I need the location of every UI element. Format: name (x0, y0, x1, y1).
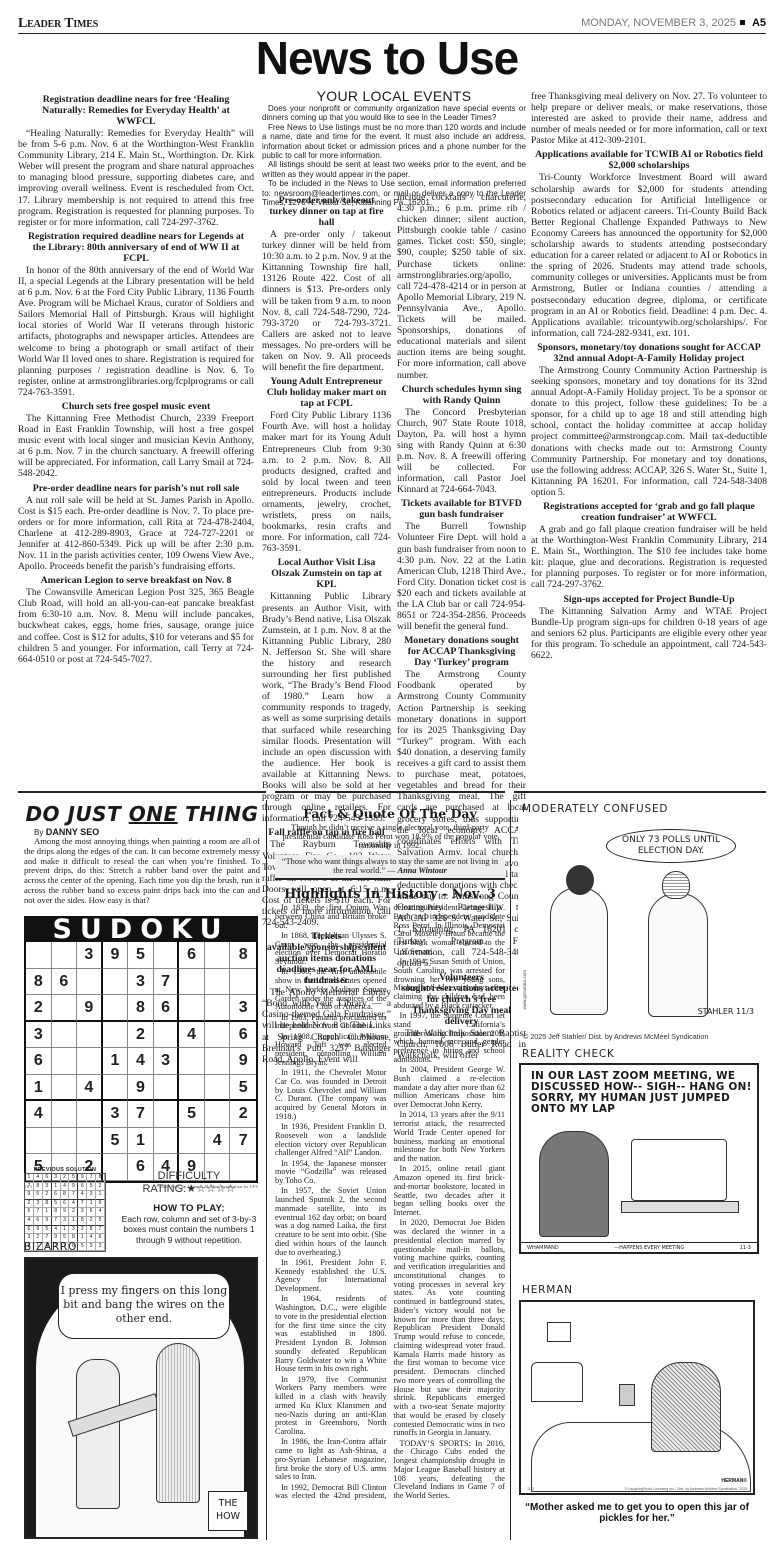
sudoku-cell[interactable] (52, 942, 78, 969)
website-credit: www.gocomics.com (522, 970, 527, 1010)
comic-caption: IN OUR LAST ZOOM MEETING, WE DISCUSSED H… (531, 1071, 757, 1115)
article-headline: Monetary donations sought for ACCAP Than… (401, 635, 522, 668)
solution-cell: 1 (25, 1174, 34, 1183)
sudoku-cell[interactable] (205, 1075, 231, 1102)
sudoku-cell[interactable] (103, 1075, 129, 1102)
article-body: The Burrell Township Volunteer Fire Dept… (397, 521, 526, 632)
woman-figure (648, 893, 708, 1017)
sudoku-cell[interactable] (77, 1128, 103, 1155)
solution-cell: 8 (61, 1191, 70, 1200)
sudoku-cell[interactable] (52, 995, 78, 1022)
sudoku-banner: SUDOKU (24, 916, 258, 942)
sudoku-puzzle: SUDOKU 395688637298633246614391495437525… (24, 916, 258, 1189)
sudoku-cell[interactable]: 2 (26, 995, 52, 1022)
how-to-play-text: Each row, column and set of 3-by-3 boxes… (116, 1214, 262, 1245)
solution-cell: 7 (87, 1174, 96, 1183)
solution-cell: 4 (78, 1191, 87, 1200)
sudoku-cell[interactable]: 3 (128, 969, 154, 996)
history-item: In 1903, Panama proclaimed its independe… (275, 1014, 387, 1032)
history-item: In 1997, the Supreme Court let stand Cal… (394, 1012, 506, 1065)
sudoku-cell[interactable]: 9 (128, 1075, 154, 1102)
column-1: Registration deadline nears for free ‘He… (18, 91, 254, 665)
article-headline: Sponsors, monetary/toy donations sought … (535, 342, 763, 364)
reality-check-comic: IN OUR LAST ZOOM MEETING, WE DISCUSSED H… (519, 1063, 759, 1254)
article-headline: Registration required deadline nears for… (22, 231, 250, 264)
article-headline: Pre-order only/takeout turkey dinner on … (266, 195, 387, 228)
article-body: Ford City Public Library 1136 Fourth Ave… (262, 410, 391, 554)
solution-cell: 2 (78, 1226, 87, 1235)
article-body: A pre-order only / takeout turkey dinner… (262, 229, 391, 373)
local-events-paragraph: All listings should be sent at least two… (262, 160, 526, 179)
solution-cell: 5 (78, 1243, 87, 1252)
solution-cell: 9 (43, 1217, 52, 1226)
sudoku-cell[interactable]: 6 (154, 995, 180, 1022)
sudoku-cell[interactable]: 8 (128, 995, 154, 1022)
article-body: The Kittanning Salvation Army and WTAE P… (531, 606, 767, 661)
sudoku-cell[interactable] (52, 1128, 78, 1155)
solution-cell: 6 (61, 1200, 70, 1209)
solution-cell: 3 (34, 1200, 43, 1209)
sudoku-cell[interactable] (52, 1022, 78, 1049)
sudoku-cell[interactable]: 5 (179, 1101, 205, 1128)
fact-and-quote: Fact & Quote Of The Day Though he didn’t… (275, 806, 505, 878)
local-events-paragraph: Does your nonprofit or community organiz… (262, 104, 526, 123)
solution-cell: 2 (69, 1208, 78, 1217)
solution-cell: 2 (61, 1174, 70, 1183)
herman-title: HERMAN (522, 1284, 573, 1296)
article-body: The Armstrong County Community Action Pa… (531, 365, 767, 498)
history-item: In 2015, online retail giant Amazon open… (394, 1165, 506, 1218)
sudoku-cell[interactable] (205, 1022, 231, 1049)
history-item: In 2004, President George W. Bush claime… (394, 1066, 506, 1110)
history-item: In 1994, Susan Smith of Union, South Car… (394, 958, 506, 1011)
solution-cell: 6 (78, 1183, 87, 1192)
solution-cell: 2 (43, 1191, 52, 1200)
column-divider (266, 800, 267, 1540)
reality-check-title: REALITY CHECK (522, 1048, 615, 1060)
solution-cell: 3 (87, 1191, 96, 1200)
solution-cell: 3 (52, 1174, 61, 1183)
article-headline: Church sets free gospel music event (22, 401, 250, 412)
solution-cell: 9 (34, 1226, 43, 1235)
history-item: In 1979, five Communist Workers Party me… (275, 1376, 387, 1437)
solution-cell: 7 (69, 1191, 78, 1200)
difficulty-rating: DIFFICULTY RATING:★☆☆☆☆ (116, 1170, 262, 1195)
fact-text: Though he didn’t receive a single electo… (275, 821, 505, 851)
sudoku-cell[interactable] (205, 1048, 231, 1075)
sudoku-cell[interactable]: 8 (26, 969, 52, 996)
history-item: TODAY’S SPORTS: In 2016, the Chicago Cub… (394, 1440, 506, 1501)
sudoku-cell[interactable]: 2 (128, 1022, 154, 1049)
sudoku-cell[interactable]: 4 (26, 1101, 52, 1128)
solution-cell: 4 (52, 1226, 61, 1235)
history-item: In 1900, the first automobile show in th… (275, 968, 387, 1012)
sudoku-cell[interactable] (77, 1022, 103, 1049)
column-divider (510, 800, 511, 1540)
solution-cell: 1 (52, 1183, 61, 1192)
sudoku-cell[interactable] (103, 995, 129, 1022)
guitarist-figure (76, 1359, 120, 1509)
solution-cell: 1 (96, 1191, 105, 1200)
article-body: The Kittanning Free Methodist Church, 23… (18, 413, 254, 480)
sudoku-cell[interactable]: 8 (230, 942, 256, 969)
sudoku-cell[interactable] (52, 1048, 78, 1075)
sudoku-cell[interactable] (154, 1075, 180, 1102)
divider (514, 791, 766, 793)
article-body: free Thanksgiving meal delivery on Nov. … (531, 91, 767, 146)
divider (18, 791, 266, 793)
history-item: In 1908, Republican William Howard Taft … (275, 1033, 387, 1068)
article-headline: Applications available for TCWIB AI or R… (535, 149, 763, 171)
article-headline: Young Adult Entrepreneur Club holiday ma… (266, 376, 387, 409)
article-body: A nut roll sale will be held at St. Jame… (18, 495, 254, 573)
solution-cell: 9 (78, 1174, 87, 1183)
speech-bubble: I press my fingers on this long bit and … (58, 1273, 230, 1339)
fact-quote-title: Fact & Quote Of The Day (275, 806, 505, 821)
sudoku-cell[interactable]: 7 (230, 1128, 256, 1155)
history-item: In 1868, Republican Ulysses S. Grant won… (275, 932, 387, 967)
solution-cell: 2 (87, 1217, 96, 1226)
history-item: In 1954, the Japanese monster movie “God… (275, 1160, 387, 1186)
local-events-heading: YOUR LOCAL EVENTS (262, 88, 526, 104)
laptop-base (621, 1201, 739, 1213)
solution-cell: 6 (43, 1174, 52, 1183)
sudoku-cell[interactable]: 6 (179, 942, 205, 969)
solution-cell: 2 (25, 1200, 34, 1209)
article-body: In honor of the 80th anniversary of the … (18, 265, 254, 398)
sudoku-cell[interactable]: 6 (230, 1022, 256, 1049)
article-headline: Pre-order deadline nears for parish’s nu… (22, 483, 250, 494)
sudoku-cell[interactable]: 4 (179, 1022, 205, 1049)
history-item: In 2020, Democrat Joe Biden was declared… (394, 1219, 506, 1438)
solution-cell: 3 (61, 1217, 70, 1226)
solution-cell: 4 (96, 1208, 105, 1217)
laptop-screen (631, 1139, 727, 1201)
star-rating-icon: ★☆☆☆☆ (186, 1183, 235, 1195)
sudoku-cell[interactable] (179, 995, 205, 1022)
local-events-paragraph: Free News to Use listings must be no mor… (262, 123, 526, 161)
wall-chart (547, 1322, 571, 1342)
solution-cell: 3 (43, 1183, 52, 1192)
history-item: In 1957, the Soviet Union launched Sputn… (275, 1187, 387, 1257)
solution-cell: 7 (78, 1200, 87, 1209)
article-headline: Sign-ups accepted for Project Bundle-Up (535, 594, 763, 605)
bed-headboard (531, 1362, 583, 1402)
moderately-confused-comic: ONLY 73 POLLS UNTIL ELECTION DAY. www.go… (518, 815, 768, 1020)
solution-cell: 8 (43, 1200, 52, 1209)
solution-cell: 1 (61, 1226, 70, 1235)
issue-date-page: MONDAY, NOVEMBER 3, 2025A5 (581, 17, 766, 29)
sudoku-cell[interactable]: 6 (52, 969, 78, 996)
sudoku-cell[interactable] (77, 1101, 103, 1128)
divider (275, 878, 505, 880)
bizarro-title: BIZARRO (24, 1241, 77, 1253)
solution-cell: 7 (34, 1208, 43, 1217)
sudoku-cell[interactable] (154, 942, 180, 969)
sudoku-cell[interactable] (52, 1101, 78, 1128)
sudoku-cell[interactable] (77, 969, 103, 996)
solution-cell: 8 (78, 1217, 87, 1226)
moderately-confused-credit: © 2025 Jeff Stahler/ Dist. by Andrews Mc… (523, 1032, 708, 1041)
sudoku-cell[interactable] (26, 1128, 52, 1155)
solution-cell: 9 (87, 1243, 96, 1252)
moderately-confused-title: MODERATELY CONFUSED (522, 803, 668, 815)
history-item: In 2014, 13 years after the 9/11 terrori… (394, 1111, 506, 1164)
djot-body: Among the most annoying things when pain… (24, 837, 260, 906)
article-body: include cocktails / charcuterie, 4:30 p.… (397, 192, 526, 381)
square-bullet-icon (740, 20, 745, 25)
solution-cell: 1 (87, 1200, 96, 1209)
issue-date: MONDAY, NOVEMBER 3, 2025 (581, 17, 736, 29)
previous-solution: PREVIOUS SOLUTION 1463259787831496529526… (24, 1167, 106, 1252)
history-items: In 1839, the first Opium War between Chi… (275, 904, 505, 1502)
solution-cell: 1 (78, 1234, 87, 1243)
herman-copyright: 11-3© LaughingStock Licensing Inc., Dist… (527, 1487, 747, 1491)
artist-signature: STAHLER 11/3 (698, 1007, 754, 1016)
solution-cell: 6 (87, 1208, 96, 1217)
sudoku-cell[interactable] (205, 995, 231, 1022)
solution-cell: 3 (78, 1208, 87, 1217)
solution-cell: 5 (87, 1183, 96, 1192)
sudoku-cell[interactable] (179, 1048, 205, 1075)
sudoku-cell[interactable]: 4 (77, 1075, 103, 1102)
article-headline: Tickets available for BTVFD gun bash fun… (401, 498, 522, 520)
sudoku-cell[interactable]: 3 (154, 1048, 180, 1075)
divider (275, 791, 505, 793)
how-to-play-title: HOW TO PLAY: (116, 1203, 262, 1214)
sudoku-cell[interactable]: 3 (26, 1022, 52, 1049)
herman-caption: “Mother asked me to get you to open this… (519, 1502, 755, 1524)
solution-cell: 6 (52, 1191, 61, 1200)
herman-tag: HERMAN® (721, 1478, 747, 1484)
sudoku-cell[interactable]: 3 (103, 1101, 129, 1128)
comic-footer: WHAMMAND—HAPPENS EVERY MEETING11-3 (521, 1242, 757, 1252)
sudoku-cell[interactable]: 4 (205, 1128, 231, 1155)
sudoku-cell[interactable]: 1 (128, 1128, 154, 1155)
article-body: Tri-County Workforce Investment Board wi… (531, 172, 767, 338)
history-title: Highlights In History - Nov. 3 (275, 887, 505, 902)
article-headline: Registration deadline nears for free ‘He… (22, 94, 250, 127)
solution-cell: 7 (96, 1226, 105, 1235)
article-body: The Cowansville American Legion Post 325… (18, 587, 254, 665)
pickle-jar-icon (619, 1384, 635, 1406)
do-just-one-thing: DO JUST ONE THING By DANNY SEO Among the… (24, 803, 260, 906)
article-headline: Church schedules hymn sing with Randy Qu… (401, 384, 522, 406)
cat-figure (539, 1131, 609, 1237)
woman-head (662, 871, 690, 899)
sudoku-cell[interactable]: 1 (103, 1048, 129, 1075)
history-item: In 1986, the Iran-Contra affair came to … (275, 1438, 387, 1482)
history-item: In 1911, the Chevrolet Motor Car Co. was… (275, 1069, 387, 1122)
history-item: In 1936, President Franklin D. Roosevelt… (275, 1123, 387, 1158)
quote-text: “Those who want things always to stay th… (275, 855, 505, 879)
local-events-box: YOUR LOCAL EVENTS Does your nonprofit or… (262, 88, 526, 207)
solution-cell: 9 (25, 1191, 34, 1200)
sudoku-grid: 3956886372986332466143914954375251475264… (24, 942, 258, 1183)
history-item: In 1839, the first Opium War between Chi… (275, 904, 387, 930)
djot-title: DO JUST ONE THING (24, 803, 260, 825)
section-title: News to Use (0, 34, 774, 82)
solution-cell: 5 (43, 1226, 52, 1235)
solution-cell: 4 (87, 1234, 96, 1243)
sudoku-cell[interactable]: 5 (103, 1128, 129, 1155)
sudoku-cell[interactable] (154, 1101, 180, 1128)
solution-cell: 3 (96, 1243, 105, 1252)
article-body: A grab and go fall plaque creation fundr… (531, 524, 767, 591)
sudoku-cell[interactable]: 2 (230, 1101, 256, 1128)
highlights-in-history: Highlights In History - Nov. 3 In 1839, … (275, 887, 505, 1502)
sudoku-cell[interactable] (179, 1128, 205, 1155)
solution-cell: 2 (96, 1183, 105, 1192)
sudoku-cell[interactable] (77, 1048, 103, 1075)
solution-cell: 3 (69, 1226, 78, 1235)
sudoku-cell[interactable] (103, 969, 129, 996)
solution-cell: 7 (25, 1183, 34, 1192)
sudoku-cell[interactable] (205, 942, 231, 969)
solution-cell: 4 (34, 1174, 43, 1183)
sudoku-cell[interactable] (230, 969, 256, 996)
sudoku-cell[interactable] (179, 969, 205, 996)
solution-cell: 7 (52, 1217, 61, 1226)
solution-cell: 4 (69, 1200, 78, 1209)
solution-cell: 9 (61, 1208, 70, 1217)
solution-cell: 8 (52, 1208, 61, 1217)
sudoku-cell[interactable]: 4 (128, 1048, 154, 1075)
man-figure (550, 887, 608, 1015)
sudoku-cell[interactable]: 6 (26, 1048, 52, 1075)
sudoku-cell[interactable]: 5 (230, 1075, 256, 1102)
solution-cell: 9 (69, 1183, 78, 1192)
solution-cell: 4 (25, 1217, 34, 1226)
sudoku-cell[interactable] (205, 969, 231, 996)
speech-bubble: ONLY 73 POLLS UNTIL ELECTION DAY. (606, 829, 736, 863)
article-body: “Healing Naturally: Remedies for Everyda… (18, 128, 254, 228)
article-headline: Registrations accepted for ‘grab and go … (535, 501, 763, 523)
sudoku-cell[interactable]: 3 (230, 995, 256, 1022)
article-body: The Concord Presbyterian Church, 907 Sta… (397, 407, 526, 496)
sudoku-cell[interactable] (103, 1022, 129, 1049)
listener-figure (156, 1343, 200, 1503)
solution-cell: 9 (96, 1200, 105, 1209)
solution-cell: 6 (25, 1226, 34, 1235)
sudoku-cell[interactable]: 5 (128, 942, 154, 969)
solution-cell: 5 (34, 1191, 43, 1200)
solution-cell: 5 (96, 1217, 105, 1226)
sudoku-cell[interactable] (179, 1075, 205, 1102)
solution-cell: 6 (96, 1234, 105, 1243)
sudoku-cell[interactable]: 7 (128, 1101, 154, 1128)
man-head (566, 865, 594, 895)
sudoku-cell[interactable] (154, 1022, 180, 1049)
column-4: free Thanksgiving meal delivery on Nov. … (531, 91, 767, 661)
article-body: Kittanning Public Library presents an Au… (262, 591, 391, 824)
solution-cell: 5 (52, 1200, 61, 1209)
solution-cell: 5 (25, 1208, 34, 1217)
newspaper-name: Leader Times (18, 16, 98, 32)
how-to-play: DIFFICULTY RATING:★☆☆☆☆ HOW TO PLAY: Eac… (116, 1170, 262, 1245)
sudoku-cell[interactable] (52, 1075, 78, 1102)
sudoku-cell[interactable] (205, 1101, 231, 1128)
sudoku-cell[interactable] (26, 942, 52, 969)
solution-cell: 4 (61, 1183, 70, 1192)
solution-cell: 6 (34, 1217, 43, 1226)
history-item: In 1961, President John F. Kennedy estab… (275, 1259, 387, 1294)
sudoku-cell[interactable]: 3 (77, 942, 103, 969)
solution-cell: 8 (87, 1226, 96, 1235)
sudoku-cell[interactable]: 9 (103, 942, 129, 969)
article-headline: Local Author Visit Lisa Olszak Zumstein … (266, 557, 387, 590)
previous-solution-label: PREVIOUS SOLUTION (24, 1167, 106, 1173)
the-how-box: THE HOW (208, 1491, 248, 1531)
sudoku-cell[interactable]: 9 (230, 1048, 256, 1075)
sudoku-cell[interactable]: 7 (154, 969, 180, 996)
article-headline: American Legion to serve breakfast on No… (22, 575, 250, 586)
visitor-figure (651, 1362, 721, 1452)
sudoku-cell[interactable]: 1 (26, 1075, 52, 1102)
herman-comic: HERMAN® 11-3© LaughingStock Licensing In… (519, 1300, 755, 1495)
solution-cell: 5 (69, 1174, 78, 1183)
page-number: A5 (752, 17, 766, 29)
history-item: In 1964, residents of Washington, D.C., … (275, 1295, 387, 1374)
solution-cell: 1 (69, 1217, 78, 1226)
solution-cell: 8 (34, 1183, 43, 1192)
sudoku-cell[interactable]: 9 (77, 995, 103, 1022)
sudoku-cell[interactable] (154, 1128, 180, 1155)
solution-cell: 1 (43, 1208, 52, 1217)
bizarro-comic: I press my fingers on this long bit and … (24, 1257, 258, 1539)
solution-cell: 8 (96, 1174, 105, 1183)
